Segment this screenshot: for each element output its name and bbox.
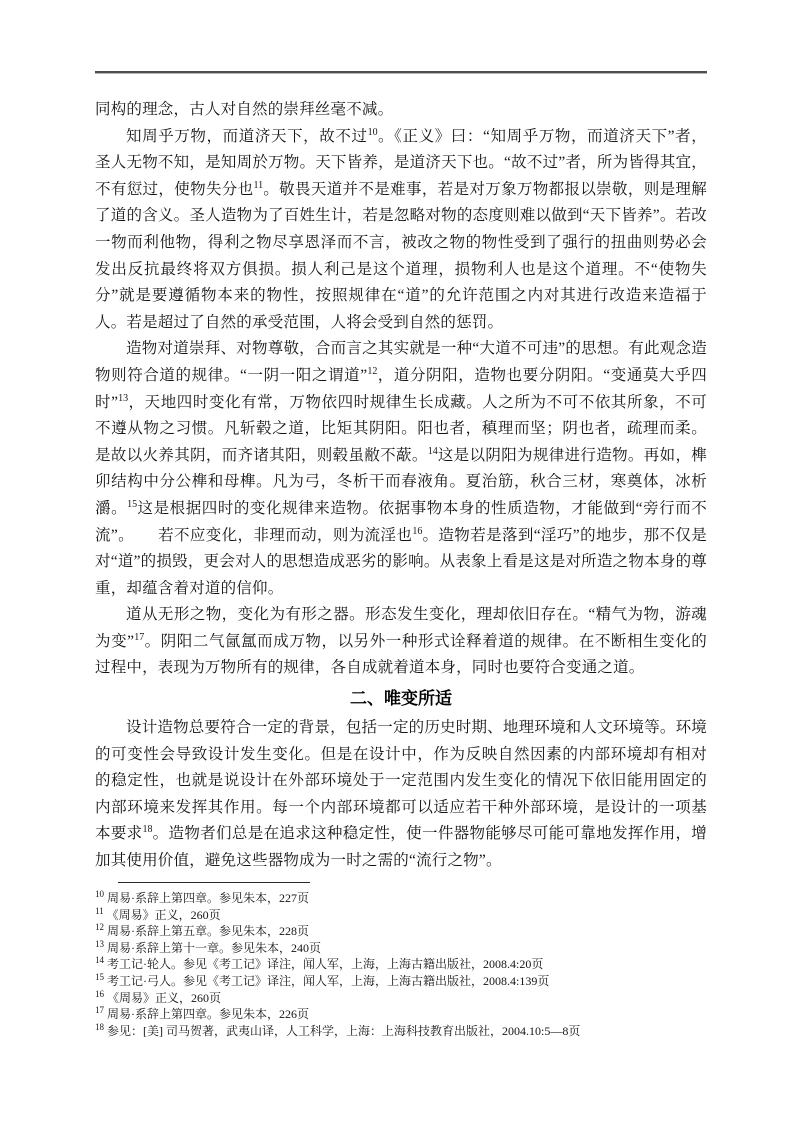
paragraph: 设计造物总要符合一定的背景，包括一定的历史时期、地理环境和人文环境等。环境的可变… — [95, 715, 707, 875]
footnote-item: 17周易·系辞上第四章。参见朱本，226页 — [95, 1006, 707, 1023]
footnote-number: 17 — [95, 1005, 104, 1015]
footnote-ref: 16 — [412, 525, 422, 536]
footnote-list: 10周易·系辞上第四章。参见朱本，227页11《周易》正义，260页12周易·系… — [95, 890, 707, 1039]
footnote-number: 12 — [95, 922, 104, 932]
footnote-item: 10周易·系辞上第四章。参见朱本，227页 — [95, 890, 707, 907]
footnote-separator — [118, 882, 310, 883]
footnote-item: 14考工记·轮人。参见《考工记》译注，闻人军，上海，上海古籍出版社，2008.4… — [95, 956, 707, 973]
section-heading: 二、唯变所适 — [95, 685, 707, 712]
footnote-number: 11 — [95, 906, 104, 916]
footnote-number: 18 — [95, 1022, 104, 1032]
document-page: 同构的理念，古人对自然的崇拜丝毫不减。知周乎万物，而道济天下，故不过10。《正义… — [0, 0, 794, 1123]
footnote-item: 13周易·系辞上第十一章。参见朱本，240页 — [95, 940, 707, 957]
footnote-number: 13 — [95, 939, 104, 949]
footnote-number: 10 — [95, 889, 104, 899]
footnote-ref: 12 — [367, 366, 377, 377]
paragraph: 知周乎万物，而道济天下，故不过10。《正义》曰：“知周乎万物，而道济天下”者，圣… — [95, 124, 707, 337]
footnote-item: 18参见：[美] 司马贺著，武夷山译，人工科学，上海：上海科技教育出版社，200… — [95, 1023, 707, 1040]
footnote-ref: 17 — [134, 632, 144, 643]
footnote-ref: 11 — [254, 180, 264, 191]
footnote-item: 15考工记·弓人。参见《考工记》译注，闻人军，上海，上海古籍出版社，2008.4… — [95, 973, 707, 990]
header-rule — [95, 71, 707, 74]
paragraph: 道从无形之物，变化为有形之器。形态发生变化，理却依旧存在。“精气为物，游魂为变”… — [95, 602, 707, 682]
footnote-ref: 18 — [143, 824, 153, 835]
footnote-number: 15 — [95, 972, 104, 982]
document-content: 同构的理念，古人对自然的崇拜丝毫不减。知周乎万物，而道济天下，故不过10。《正义… — [95, 97, 707, 875]
footnote-number: 16 — [95, 989, 104, 999]
footnote-item: 11《周易》正义，260页 — [95, 907, 707, 924]
footnote-ref: 15 — [127, 499, 137, 510]
footnote-ref: 13 — [118, 392, 128, 403]
footnote-item: 16《周易》正义，260页 — [95, 990, 707, 1007]
footnote-ref: 10 — [368, 126, 378, 137]
footnote-item: 12周易·系辞上第五章。参见朱本，228页 — [95, 923, 707, 940]
paragraph: 造物对道崇拜、对物尊敬，合而言之其实就是一种“大道不可违”的思想。有此观念造物则… — [95, 336, 707, 602]
footnote-number: 14 — [95, 955, 104, 965]
footnotes-section: 10周易·系辞上第四章。参见朱本，227页11《周易》正义，260页12周易·系… — [95, 882, 707, 1039]
footnote-ref: 14 — [428, 446, 438, 457]
paragraph: 同构的理念，古人对自然的崇拜丝毫不减。 — [95, 97, 707, 124]
